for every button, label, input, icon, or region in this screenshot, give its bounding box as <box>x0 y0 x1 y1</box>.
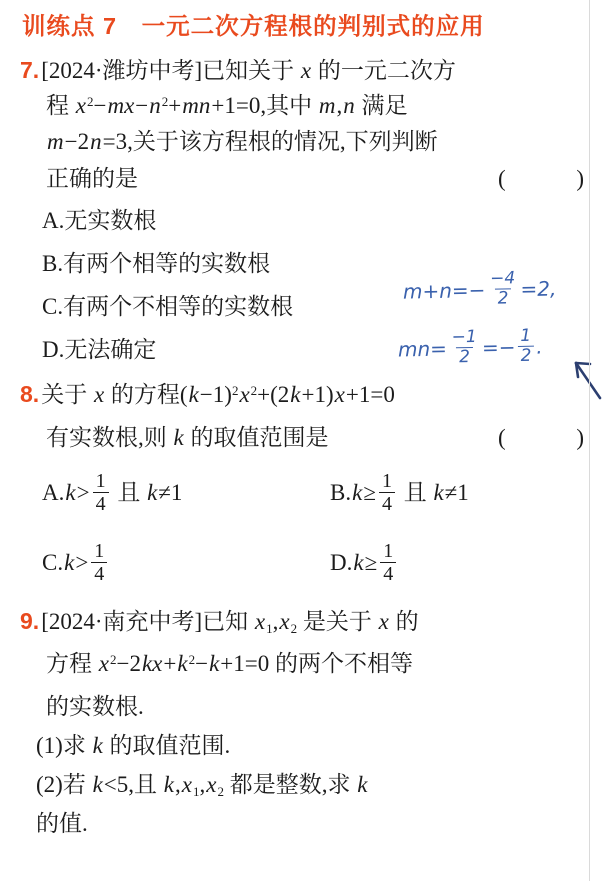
question-9-stem-line-1: 9.[2024·南充中考]已知 x1,x2 是关于 x 的 <box>20 604 419 639</box>
question-9-stem-line-2: 方程 x2−2kx+k2−k+1=0 的两个不相等 <box>46 647 413 681</box>
paren-open: ( <box>498 162 506 196</box>
question-9-part-1: (1)求 k 的取值范围. <box>36 729 230 763</box>
question-7-number: 7. <box>20 57 39 83</box>
question-8-stem-line-1: 8.关于 x 的方程(k−1)2x2+(2k+1)x+1=0 <box>20 377 395 412</box>
question-8-stem-line-2: 有实数根,则 k 的取值范围是 <box>46 421 328 455</box>
question-7-stem-line-4: 正确的是 <box>46 162 138 196</box>
question-7-stem-line-3: m−2n=3,关于该方程根的情况,下列判断 <box>46 125 438 159</box>
question-8-answer-paren: () <box>498 421 584 455</box>
question-8-option-a: A.k>14 且 k≠1 <box>42 472 182 518</box>
question-7-option-d: D.无法确定 <box>42 333 156 367</box>
page-edge-line <box>589 0 590 881</box>
question-7-option-b: B.有两个相等的实数根 <box>42 247 270 281</box>
question-9-part-2-line-1: (2)若 k<5,且 k,x1,x2 都是整数,求 k <box>36 768 368 802</box>
question-7-stem-line-1: 7.[2024·潍坊中考]已知关于 x 的一元二次方 <box>20 53 456 88</box>
question-9-part-2-line-2: 的值. <box>36 807 88 841</box>
question-7-option-c: C.有两个不相等的实数根 <box>42 290 293 324</box>
question-8-option-b: B.k≥14 且 k≠1 <box>330 472 469 518</box>
question-8-number: 8. <box>20 381 39 407</box>
question-9-stem-text-1: [2024·南充中考]已知 x1,x2 是关于 x 的 <box>41 609 418 634</box>
question-9-number: 9. <box>20 608 39 634</box>
question-8-stem-text-1: 关于 x 的方程(k−1)2x2+(2k+1)x+1=0 <box>41 382 395 407</box>
handwritten-note-line-2: mn=−12=−12. <box>398 328 543 370</box>
paren-open: ( <box>498 421 506 455</box>
paren-close: ) <box>576 162 584 196</box>
question-8-option-d: D.k≥14 <box>330 542 399 588</box>
question-7-answer-paren: () <box>498 162 584 196</box>
worksheet-page: 训练点 7 一元二次方程根的判别式的应用 7.[2024·潍坊中考]已知关于 x… <box>0 0 603 881</box>
question-7-stem-text-1: [2024·潍坊中考]已知关于 x 的一元二次方 <box>41 58 456 83</box>
question-8-option-c: C.k>14 <box>42 542 110 588</box>
question-7-stem-line-2: 程 x2−mx−n2+mn+1=0,其中 m,n 满足 <box>46 89 407 123</box>
handwritten-note-line-1: m+n=−−42=2, <box>403 270 557 312</box>
section-title: 训练点 7 一元二次方程根的判别式的应用 <box>22 7 485 41</box>
question-7-option-a: A.无实数根 <box>42 204 156 238</box>
handwritten-up-left-arrow-icon <box>569 355 603 401</box>
paren-close: ) <box>576 421 584 455</box>
question-9-stem-line-3: 的实数根. <box>46 690 144 724</box>
